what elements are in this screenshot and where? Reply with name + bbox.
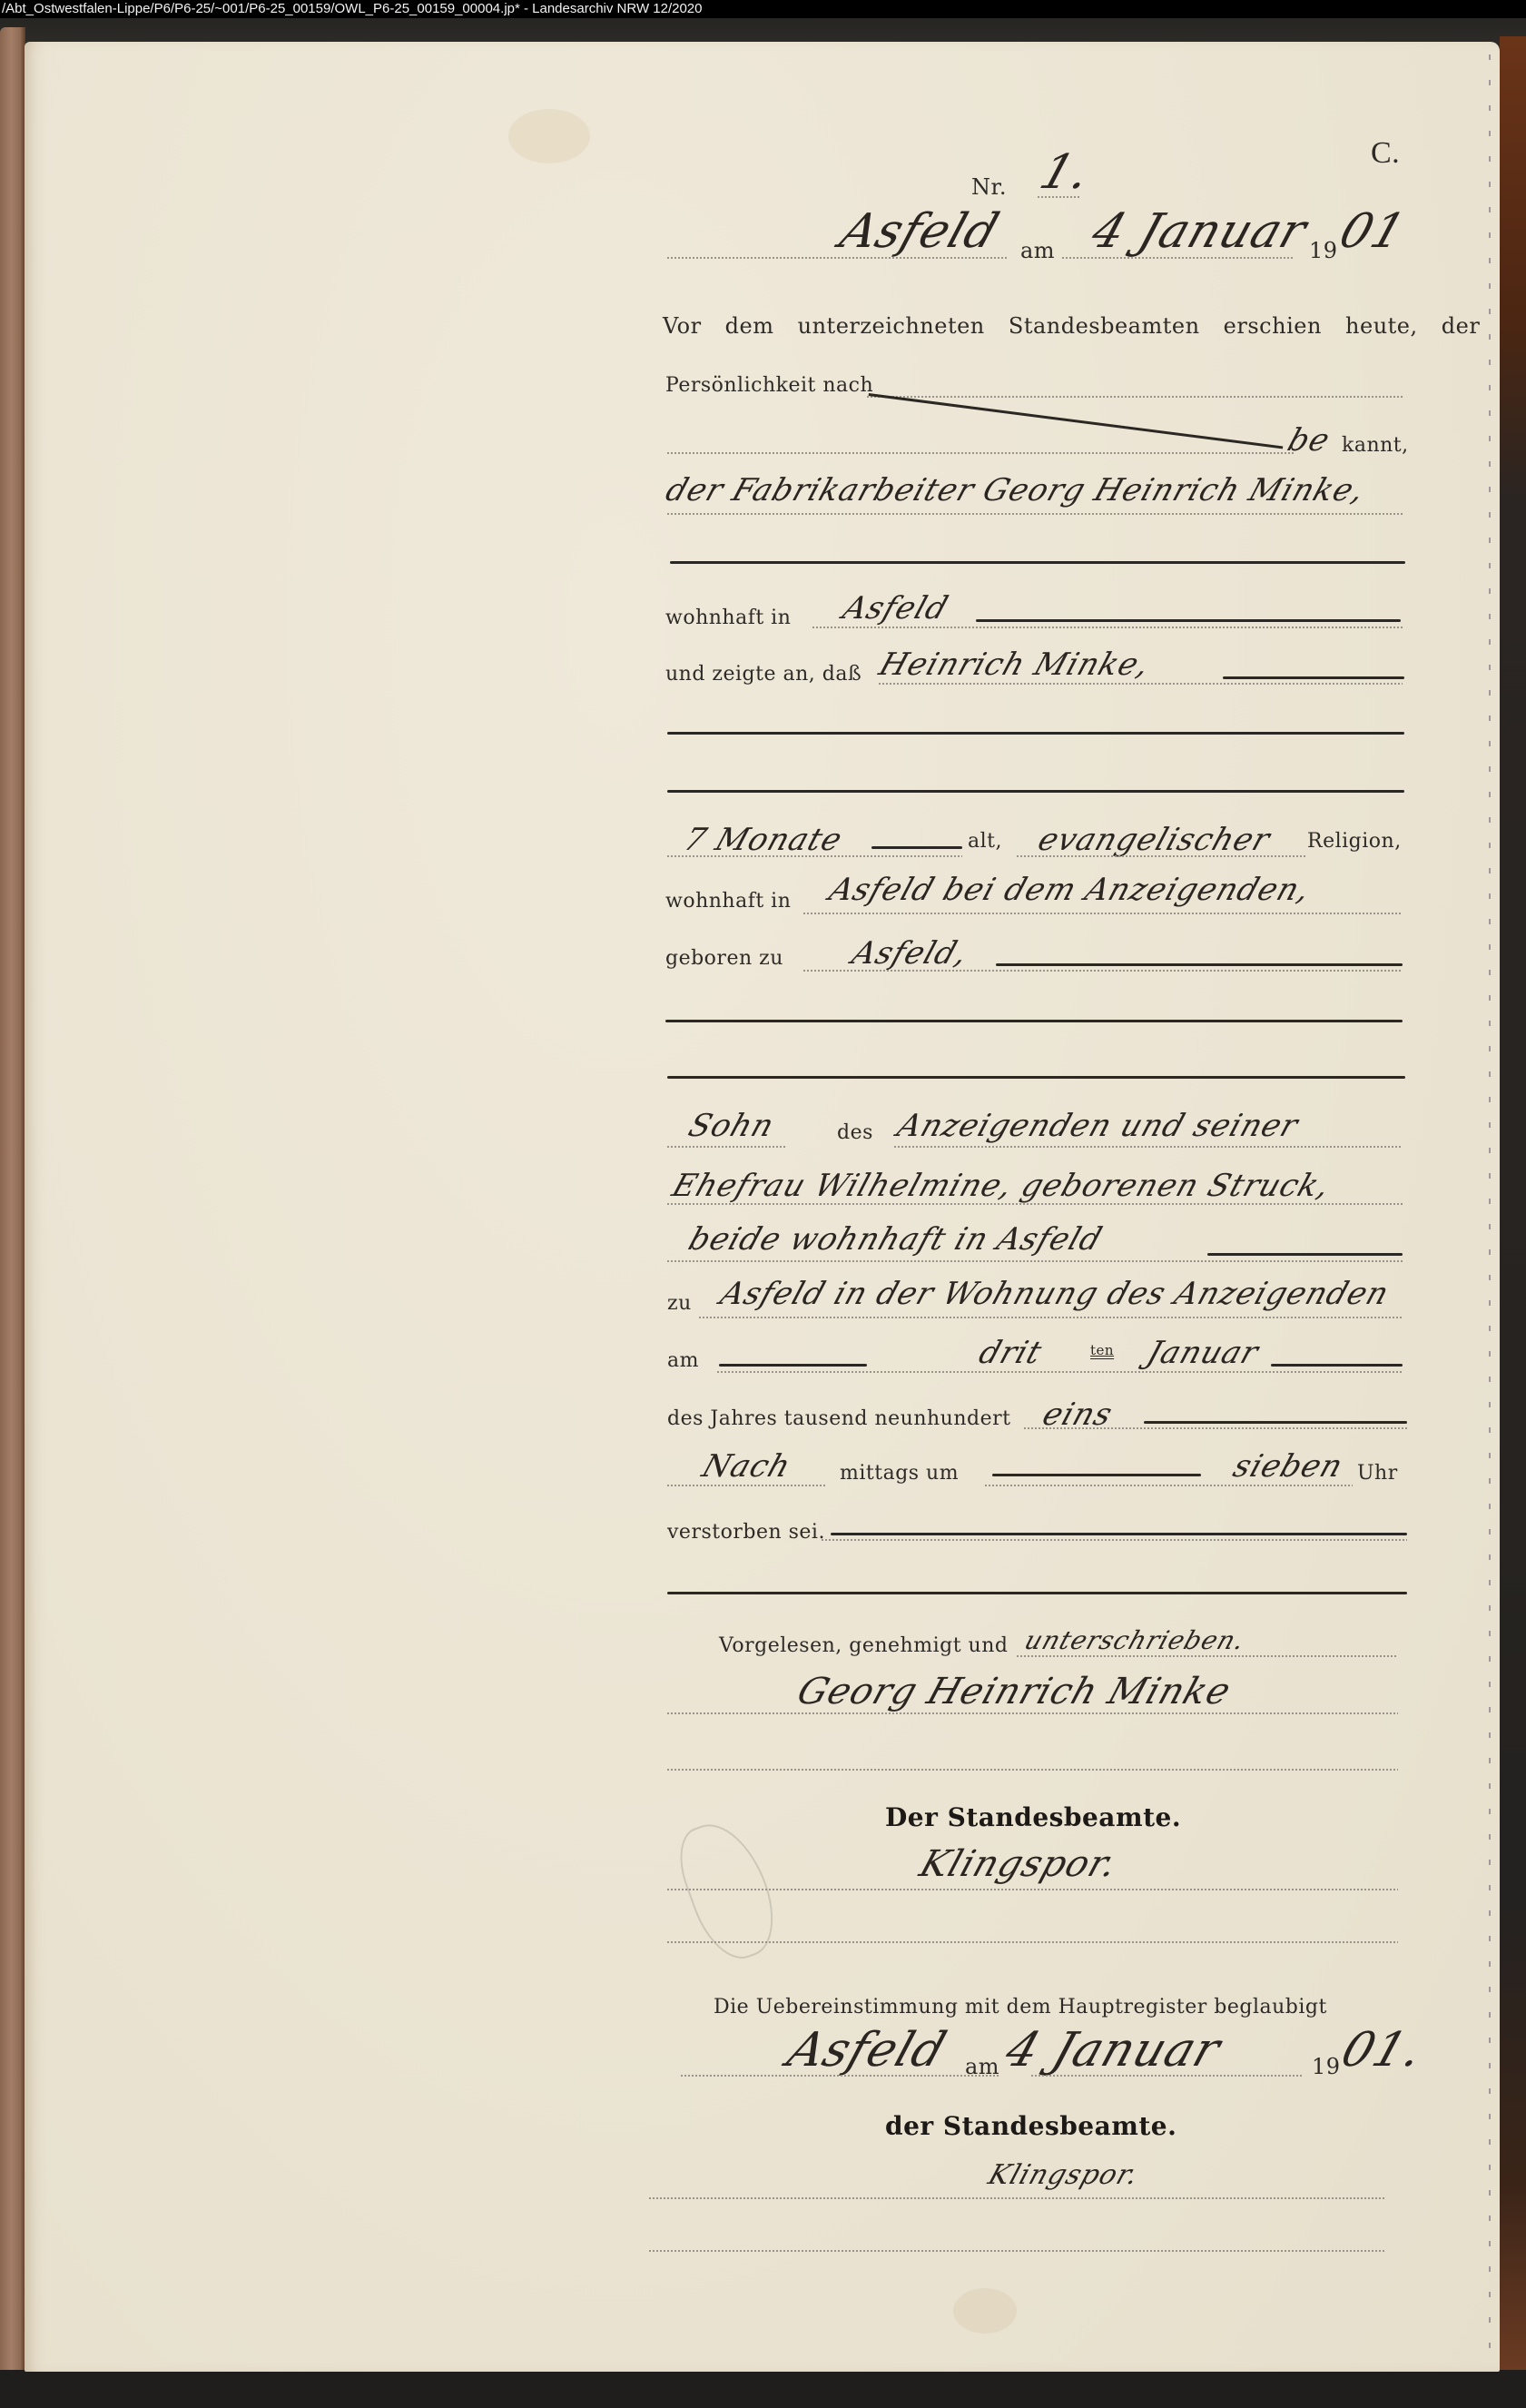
fill-line — [719, 1364, 867, 1367]
birthplace-handwritten: Asfeld, — [848, 935, 973, 972]
fill-line — [1144, 1421, 1407, 1424]
dotted-line — [649, 2250, 1384, 2252]
informant-handwritten: der Fabrikarbeiter Georg Heinrich Minke, — [662, 472, 1370, 508]
dotted-line — [667, 1769, 1398, 1771]
book-binding-left — [0, 27, 25, 2383]
window-title: /Abt_Ostwestfalen-Lippe/P6/P6-25/~001/P6… — [2, 1, 703, 16]
parents-handwritten-2: Ehefrau Wilhelmine, geborenen Struck, — [668, 1168, 1335, 1204]
dotted-line — [1038, 196, 1081, 198]
fill-line — [665, 1020, 1403, 1022]
deceased-wohnhaft-label: wohnhaft in — [665, 890, 791, 913]
number-label: Nr. — [971, 174, 1007, 200]
fill-line — [667, 1592, 1407, 1594]
wohnhaft-label: wohnhaft in — [665, 607, 791, 629]
uhr-label: Uhr — [1357, 1462, 1398, 1485]
geboren-label: geboren zu — [665, 947, 783, 970]
dotted-line — [803, 913, 1403, 914]
cert-place-handwritten: Asfeld — [781, 2023, 953, 2077]
dotted-line — [667, 1146, 785, 1148]
dotted-line — [667, 513, 1403, 515]
dotted-line — [667, 1889, 1398, 1890]
fill-line — [1271, 1364, 1403, 1367]
corner-letter: C. — [1371, 136, 1400, 171]
fill-line — [992, 1474, 1201, 1476]
place-handwritten: Asfeld — [833, 204, 1006, 259]
informant-signature: Georg Heinrich Minke — [793, 1671, 1236, 1712]
death-month-handwritten: Januar — [1143, 1335, 1264, 1371]
dotted-line — [667, 855, 962, 857]
registrar-signature: Klingspor. — [915, 1843, 1123, 1885]
deceased-residence-handwritten: Asfeld bei dem Anzeigenden, — [825, 872, 1315, 908]
day-suffix: ten — [1090, 1342, 1114, 1358]
death-place-handwritten: Asfeld in der Wohnung des Anzeigenden — [716, 1276, 1394, 1312]
des-label: des — [837, 1121, 873, 1144]
registrar-label-2: der Standesbeamte. — [885, 2111, 1176, 2141]
fill-line — [1207, 1253, 1403, 1256]
dotted-line — [867, 396, 1403, 398]
unterschrieben-handwritten: unterschrieben. — [1021, 1625, 1249, 1655]
fill-line — [667, 732, 1404, 735]
time-handwritten-1: Nach — [698, 1448, 796, 1485]
dotted-line — [667, 257, 1009, 259]
registrar-signature-2: Klingspor. — [984, 2159, 1143, 2191]
dotted-line — [985, 1485, 1353, 1486]
year-prefix: 19 — [1309, 238, 1338, 263]
bekannt-print: kannt, — [1342, 434, 1409, 457]
dotted-line — [667, 452, 1294, 454]
zu-label: zu — [667, 1292, 692, 1315]
dotted-line — [1062, 257, 1295, 259]
fill-line — [1223, 676, 1404, 679]
certification-label: Die Uebereinstimmung mit dem Hauptregist… — [714, 1996, 1327, 2018]
dotted-line — [681, 2075, 999, 2077]
paper-stain — [953, 2288, 1017, 2334]
dotted-line — [1017, 1655, 1398, 1657]
age-label: alt, — [968, 830, 1002, 853]
dotted-line — [803, 970, 1403, 972]
fill-line — [996, 963, 1403, 966]
registrar-label: Der Standesbeamte. — [885, 1802, 1181, 1832]
dotted-line — [649, 2197, 1384, 2199]
scanner-frame-bottom — [0, 2370, 1526, 2408]
window-title-bar: /Abt_Ostwestfalen-Lippe/P6/P6-25/~001/P6… — [0, 0, 1526, 18]
dotted-line — [879, 683, 1403, 685]
death-day-handwritten: drit — [975, 1335, 1048, 1371]
fill-line — [667, 790, 1404, 793]
fill-line — [670, 561, 1405, 564]
dotted-line — [667, 1203, 1403, 1205]
dotted-line — [667, 1941, 1398, 1943]
intro-text: Vor dem unterzeichneten Standesbeamten e… — [663, 313, 1480, 339]
sohn-handwritten: Sohn — [684, 1108, 780, 1144]
religion-handwritten: evangelischer — [1034, 822, 1275, 858]
dotted-line — [1031, 2075, 1304, 2077]
dotted-line — [717, 1371, 1403, 1373]
zeigte-an-label: und zeigte an, daß — [665, 663, 861, 686]
dotted-line — [699, 1317, 1403, 1318]
dotted-line — [812, 627, 1403, 628]
fill-line — [831, 1533, 1407, 1535]
dotted-line — [894, 1146, 1403, 1148]
vorgelesen-label: Vorgelesen, genehmigt und — [719, 1634, 1008, 1657]
fill-line — [976, 619, 1401, 622]
date-handwritten: 4 Januar — [1085, 204, 1314, 259]
religion-label: Religion, — [1307, 830, 1402, 853]
cert-am-label: am — [965, 2054, 999, 2079]
dotted-line — [1017, 855, 1307, 857]
cert-date-handwritten: 4 Januar — [999, 2023, 1227, 2077]
dotted-line — [1024, 1427, 1409, 1429]
page-edge — [1489, 54, 1491, 2361]
fill-line — [871, 846, 962, 849]
book-binding-right — [1500, 36, 1526, 2370]
am-death-label: am — [667, 1349, 699, 1372]
persoenlichkeit-label: Persönlichkeit nach — [665, 374, 873, 397]
am-label: am — [1020, 238, 1055, 263]
verstorben-label: verstorben sei. — [667, 1521, 825, 1544]
fill-line — [667, 1076, 1405, 1079]
deceased-name-handwritten: Heinrich Minke, — [875, 646, 1156, 683]
year-label: des Jahres tausend neunhundert — [667, 1407, 1010, 1430]
paper-stain — [508, 109, 590, 163]
dotted-line — [667, 1485, 826, 1486]
residence-handwritten: Asfeld — [839, 590, 953, 627]
parents-handwritten-3: beide wohnhaft in Asfeld — [684, 1221, 1108, 1258]
dotted-line — [667, 1712, 1398, 1714]
dotted-line — [667, 1260, 1403, 1262]
dotted-line — [822, 1539, 1407, 1541]
parents-handwritten-1: Anzeigenden und seiner — [893, 1108, 1304, 1144]
mittags-label: mittags um — [840, 1462, 959, 1485]
age-handwritten: 7 Monate — [680, 822, 848, 858]
time-handwritten-2: sieben — [1229, 1448, 1348, 1485]
